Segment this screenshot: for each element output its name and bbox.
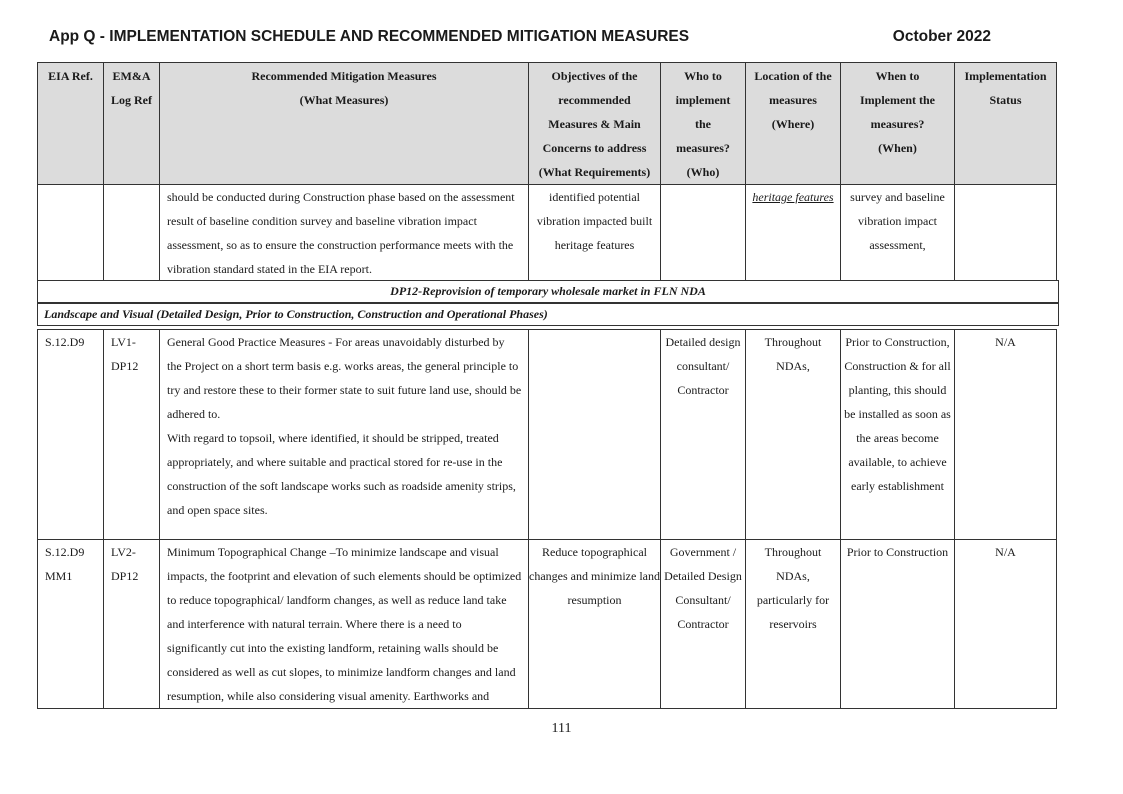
cell-status: N/A — [955, 540, 1057, 709]
cell-text-line: identified potential — [529, 185, 660, 209]
cell-text-line: Detailed Design — [661, 564, 745, 588]
cell-text-line: Prior to Construction, — [841, 330, 954, 354]
cell-text-line: impacts, the footprint and elevation of … — [167, 564, 524, 588]
cell-text-line: and open space sites. — [167, 498, 524, 522]
cell-text-line: LV1- — [111, 330, 159, 354]
header-text-line: (When) — [841, 136, 954, 160]
cell-eia-ref: S.12.D9MM1 — [38, 540, 104, 709]
cell-text-line: Detailed design — [661, 330, 745, 354]
table-header-row: EIA Ref. EM&ALog Ref Recommended Mitigat… — [38, 63, 1057, 185]
header-text-line: Objectives of the — [529, 64, 660, 88]
cell-log-ref: LV1-DP12 — [104, 330, 160, 540]
table-row-continued: should be conducted during Construction … — [38, 185, 1057, 282]
header-where: Location of themeasures(Where) — [746, 63, 841, 185]
cell-text-line: Government / — [661, 540, 745, 564]
cell-text-line: General Good Practice Measures - For are… — [167, 330, 524, 354]
cell-text-line: With regard to topsoil, where identified… — [167, 426, 524, 450]
cell-text-line: heritage features — [746, 185, 840, 209]
cell-text-line: reservoirs — [746, 612, 840, 636]
cell-text-line: Construction & for all — [841, 354, 954, 378]
cell-text-line: construction of the soft landscape works… — [167, 474, 524, 498]
table-row: S.12.D9 LV1-DP12 General Good Practice M… — [38, 330, 1057, 540]
cell-text-line: the Project on a short term basis e.g. w… — [167, 354, 524, 378]
header-who: Who toimplementthemeasures?(Who) — [661, 63, 746, 185]
cell-measures: should be conducted during Construction … — [160, 185, 529, 282]
header-when: When toImplement themeasures?(When) — [841, 63, 955, 185]
cell-objectives: identified potentialvibration impacted b… — [529, 185, 661, 282]
cell-text-line: MM1 — [45, 564, 103, 588]
cell-log-ref — [104, 185, 160, 282]
header-text-line: Implement the — [841, 88, 954, 112]
header-text-line: Recommended Mitigation Measures — [160, 64, 528, 88]
cell-text-line: resumption — [529, 588, 660, 612]
cell-text-line: NDAs, — [746, 564, 840, 588]
header-text-line: EIA Ref. — [38, 64, 103, 88]
cell-text-line: assessment, so as to ensure the construc… — [167, 233, 524, 257]
page-header: App Q - IMPLEMENTATION SCHEDULE AND RECO… — [49, 28, 991, 48]
cell-when: survey and baselinevibration impactasses… — [841, 185, 955, 282]
header-log-ref: EM&ALog Ref — [104, 63, 160, 185]
cell-text-line: particularly for — [746, 588, 840, 612]
cell-text-line: LV2- — [111, 540, 159, 564]
cell-text-line: assessment, — [841, 233, 954, 257]
header-objectives: Objectives of therecommendedMeasures & M… — [529, 63, 661, 185]
cell-eia-ref: S.12.D9 — [38, 330, 104, 540]
cell-text-line: Reduce topographical — [529, 540, 660, 564]
cell-objectives: Reduce topographicalchanges and minimize… — [529, 540, 661, 709]
cell-text-line: considered as well as cut slopes, to min… — [167, 660, 524, 684]
section-title: DP12-Reprovision of temporary wholesale … — [37, 280, 1059, 303]
document-title: App Q - IMPLEMENTATION SCHEDULE AND RECO… — [49, 28, 689, 46]
cell-text-line: Consultant/ — [661, 588, 745, 612]
cell-status: N/A — [955, 330, 1057, 540]
mitigation-measures-table: EIA Ref. EM&ALog Ref Recommended Mitigat… — [37, 62, 1057, 709]
cell-text-line: vibration standard stated in the EIA rep… — [167, 257, 524, 281]
cell-text-line: DP12 — [111, 354, 159, 378]
cell-text-line: adhered to. — [167, 402, 524, 426]
document-date: October 2022 — [893, 28, 991, 46]
header-text-line: Status — [955, 88, 1056, 112]
cell-text-line: should be conducted during Construction … — [167, 185, 524, 209]
cell-text-line: to reduce topographical/ landform change… — [167, 588, 524, 612]
page-number: 111 — [0, 721, 1123, 737]
cell-who: Detailed designconsultant/Contractor — [661, 330, 746, 540]
cell-when: Prior to Construction — [841, 540, 955, 709]
cell-text-line: vibration impact — [841, 209, 954, 233]
cell-text-line: S.12.D9 — [45, 540, 103, 564]
header-text-line: (What Requirements) — [529, 160, 660, 184]
cell-text-line: available, to achieve — [841, 450, 954, 474]
header-text-line: Measures & Main — [529, 112, 660, 136]
cell-where: ThroughoutNDAs,particularly forreservoir… — [746, 540, 841, 709]
header-text-line: the — [661, 112, 745, 136]
header-text-line: recommended — [529, 88, 660, 112]
cell-measures: General Good Practice Measures - For are… — [160, 330, 529, 540]
cell-text-line: vibration impacted built — [529, 209, 660, 233]
cell-text-line: planting, this should — [841, 378, 954, 402]
header-eia-ref: EIA Ref. — [38, 63, 104, 185]
header-text-line: (Who) — [661, 160, 745, 184]
cell-text-line: the areas become — [841, 426, 954, 450]
cell-text-line: consultant/ — [661, 354, 745, 378]
header-text-line: When to — [841, 64, 954, 88]
table-row: S.12.D9MM1 LV2-DP12 Minimum Topographica… — [38, 540, 1057, 709]
where-link-text: heritage features — [746, 185, 840, 209]
cell-text-line: try and restore these to their former st… — [167, 378, 524, 402]
cell-text-line: Throughout — [746, 330, 840, 354]
cell-text-line: heritage features — [529, 233, 660, 257]
header-text-line: measures — [746, 88, 840, 112]
cell-text-line: result of baseline condition survey and … — [167, 209, 524, 233]
cell-status — [955, 185, 1057, 282]
header-status: ImplementationStatus — [955, 63, 1057, 185]
subsection-title: Landscape and Visual (Detailed Design, P… — [37, 303, 1059, 326]
header-text-line: Who to — [661, 64, 745, 88]
cell-text-line: Contractor — [661, 378, 745, 402]
cell-text-line: NDAs, — [746, 354, 840, 378]
header-text-line: measures? — [661, 136, 745, 160]
cell-text-line: appropriately, and where suitable and pr… — [167, 450, 524, 474]
cell-text-line: DP12 — [111, 564, 159, 588]
cell-text-line: early establishment — [841, 474, 954, 498]
header-text-line: (What Measures) — [160, 88, 528, 112]
cell-text-line: survey and baseline — [841, 185, 954, 209]
cell-text-line: Minimum Topographical Change –To minimiz… — [167, 540, 524, 564]
header-text-line: Location of the — [746, 64, 840, 88]
cell-objectives — [529, 330, 661, 540]
cell-text-line: be installed as soon as — [841, 402, 954, 426]
header-text-line: implement — [661, 88, 745, 112]
cell-text-line: S.12.D9 — [45, 330, 103, 354]
header-text-line: Log Ref — [104, 88, 159, 112]
header-text-line: EM&A — [104, 64, 159, 88]
cell-text-line: changes and minimize land — [529, 564, 660, 588]
cell-text-line: Throughout — [746, 540, 840, 564]
cell-who — [661, 185, 746, 282]
cell-text-line: Contractor — [661, 612, 745, 636]
header-text-line: Concerns to address — [529, 136, 660, 160]
cell-text-line: and interference with natural terrain. W… — [167, 612, 524, 636]
cell-text-line: significantly cut into the existing land… — [167, 636, 524, 660]
cell-where: ThroughoutNDAs, — [746, 330, 841, 540]
cell-who: Government /Detailed DesignConsultant/Co… — [661, 540, 746, 709]
cell-eia-ref — [38, 185, 104, 282]
header-text-line: (Where) — [746, 112, 840, 136]
cell-measures: Minimum Topographical Change –To minimiz… — [160, 540, 529, 709]
cell-text-line: resumption, while also considering visua… — [167, 684, 524, 708]
cell-where: heritage features — [746, 185, 841, 282]
cell-text-line: Prior to Construction — [841, 540, 954, 564]
cell-when: Prior to Construction,Construction & for… — [841, 330, 955, 540]
header-text-line: Implementation — [955, 64, 1056, 88]
header-text-line: measures? — [841, 112, 954, 136]
cell-log-ref: LV2-DP12 — [104, 540, 160, 709]
header-measures: Recommended Mitigation Measures(What Mea… — [160, 63, 529, 185]
